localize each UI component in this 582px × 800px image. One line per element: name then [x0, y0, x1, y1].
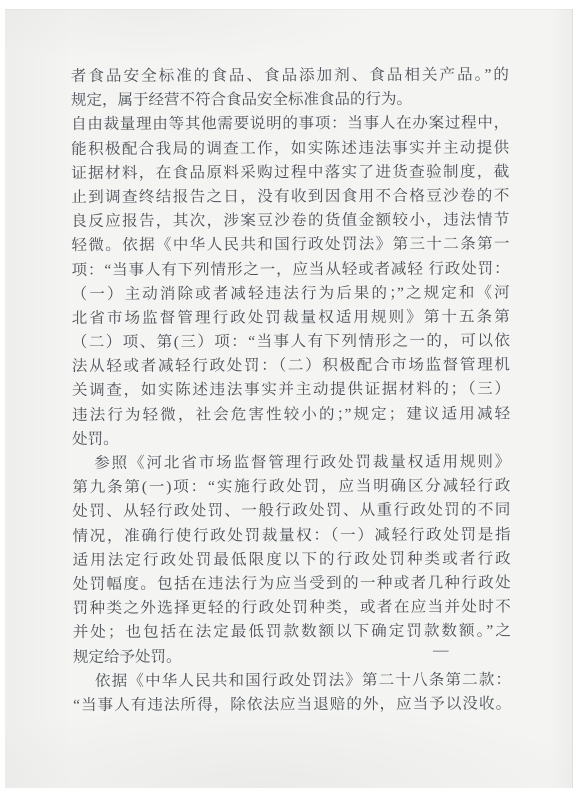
stray-dash-mark: —: [433, 639, 457, 663]
text-line: 法从轻或者减轻行政处罚：（二）积极配合市场监督管理机: [72, 354, 510, 380]
text-line: （一）主动消除或者减轻违法行为后果的；”之规定和《河: [72, 281, 510, 307]
document-text: 者食品安全标准的食品、食品添加剂、食品相关产品。”的规定，属于经营不符合食品安全…: [71, 63, 511, 718]
text-line: 情况，准确行使行政处罚裁量权：（一）减轻行政处罚是指: [72, 523, 510, 549]
text-line: 参照《河北省市场监督管理行政处罚裁量权适用规则》: [72, 450, 510, 476]
text-line: 处罚。: [72, 426, 510, 452]
text-line: 处罚、从轻行政处罚、一般行政处罚、从重行政处罚的不同: [72, 499, 510, 525]
text-line: 能积极配合我局的调查工作，如实陈述违法事实并主动提供: [71, 136, 509, 162]
text-line: 良反应报告，其次，涉案豆沙卷的货值金额较小，违法情节: [71, 209, 509, 235]
text-line: 罚种类之外选择更轻的行政处罚种类，或者在应当并处时不: [73, 596, 511, 622]
text-line: 轻微。依据《中华人民共和国行政处罚法》第三十二条第一: [71, 233, 509, 259]
text-line: 适用法定行政处罚最低限度以下的行政处罚种类或者行政: [73, 547, 511, 573]
text-line: 处罚幅度。包括在违法行为应当受到的一种或者几种行政处: [73, 571, 511, 597]
paper-sheet: 者食品安全标准的食品、食品添加剂、食品相关产品。”的规定，属于经营不符合食品安全…: [5, 9, 573, 788]
text-line: 止到调查终结报告之日，没有收到因食用不合格豆沙卷的不: [71, 184, 509, 210]
text-line: 依据《中华人民共和国行政处罚法》第二十八条第二款：: [73, 668, 511, 694]
text-line: 关调查，如实陈述违法事实并主动提供证据材料的；（三）: [72, 378, 510, 404]
text-line: 项：“当事人有下列情形之一，应当从轻或者减轻 行政处罚：: [72, 257, 510, 283]
scanned-page: 者食品安全标准的食品、食品添加剂、食品相关产品。”的规定，属于经营不符合食品安全…: [0, 0, 582, 800]
text-line: “当事人有违法所得，除依法应当退赔的外，应当予以没收。: [73, 692, 511, 718]
text-line: 规定，属于经营不符合食品安全标准食品的行为。: [71, 88, 509, 114]
text-line: 第九条第(一)项：“实施行政处罚，应当明确区分减轻行政: [72, 475, 510, 501]
text-line: 者食品安全标准的食品、食品添加剂、食品相关产品。”的: [71, 63, 509, 89]
text-line: 北省市场监督管理行政处罚裁量权适用规则》第十五条第: [72, 305, 510, 331]
text-line: 证据材料，在食品原料采购过程中落实了进货查验制度，截: [71, 160, 509, 186]
text-line: （二）项、第(三）项：“当事人有下列情形之一的，可以依: [72, 330, 510, 356]
text-line: 违法行为轻微，社会危害性较小的；”规定；建议适用减轻: [72, 402, 510, 428]
text-line: 自由裁量理由等其他需要说明的事项：当事人在办案过程中，: [71, 112, 509, 138]
